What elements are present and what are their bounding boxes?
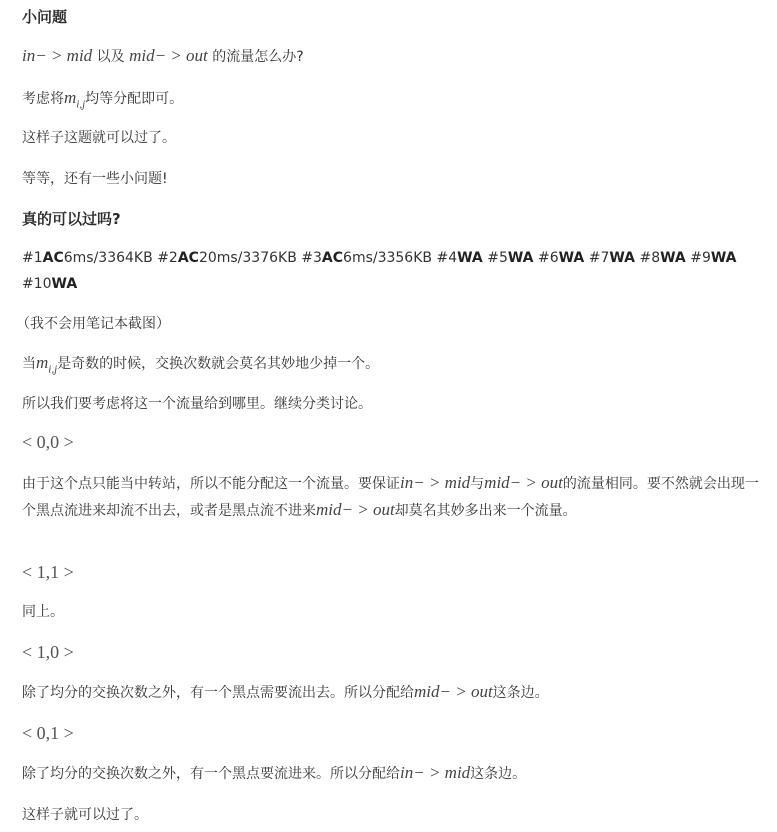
math-mid-out: mid− > out	[129, 46, 208, 65]
test-result: #1AC6ms/3364KB	[22, 250, 153, 266]
case-label: < 1,1 >	[22, 560, 74, 584]
test-result: #4WA	[436, 250, 482, 266]
math-expr: mid− > out	[414, 682, 493, 701]
wait-line: 等等，还有一些小问题!	[22, 167, 168, 191]
split-evenly-line: 考虑将mi,j均等分配即可。	[22, 86, 183, 116]
test-result: #6WA	[538, 250, 584, 266]
case-description: 除了均分的交换次数之外，有一个黑点要流进来。所以分配给in− > mid这条边。	[22, 761, 526, 786]
test-result: #2AC20ms/3376KB	[157, 250, 297, 266]
case-label: < 1,0 >	[22, 640, 74, 664]
math-expr: in− > mid	[400, 763, 470, 782]
test-result: #8WA	[639, 250, 685, 266]
conclusion-line: 这样子就可以过了。	[22, 803, 148, 827]
discuss-line: 所以我们要考虑将这一个流量给到哪里。继续分类讨论。	[22, 392, 372, 416]
case-label: < 0,0 >	[22, 430, 74, 454]
math-expr: in− > mid	[400, 473, 470, 492]
case-label: < 0,1 >	[22, 721, 74, 745]
math-in-mid: in− > mid	[22, 46, 92, 65]
test-result: #9WA	[690, 250, 736, 266]
math-expr: mid− > out	[484, 473, 563, 492]
test-result: #5WA	[487, 250, 533, 266]
odd-line: 当mi,j是奇数的时候，交换次数就会莫名其妙地少掉一个。	[22, 351, 379, 381]
heading-can-pass: 真的可以过吗?	[22, 207, 121, 231]
test-result: #7WA	[589, 250, 635, 266]
math-expr: mid− > out	[316, 500, 395, 519]
test-result: #10WA	[22, 276, 77, 292]
math-m: mi,j	[36, 353, 57, 372]
screenshot-note: （我不会用笔记本截图）	[16, 312, 170, 336]
judge-results: #1AC6ms/3364KB #2AC20ms/3376KB #3AC6ms/3…	[22, 245, 752, 297]
test-result: #3AC6ms/3356KB	[301, 250, 432, 266]
pass-line: 这样子这题就可以过了。	[22, 126, 176, 150]
case-description: 同上。	[22, 600, 64, 624]
flow-question: in− > mid 以及 mid− > out 的流量怎么办?	[22, 44, 304, 69]
heading-small-problem: 小问题	[22, 5, 67, 29]
math-m: mi,j	[64, 88, 85, 107]
case-description: 除了均分的交换次数之外，有一个黑点需要流出去。所以分配给mid− > out这条…	[22, 680, 549, 705]
case-description: 由于这个点只能当中转站，所以不能分配这一个流量。要保证in− > mid与mid…	[22, 470, 767, 524]
